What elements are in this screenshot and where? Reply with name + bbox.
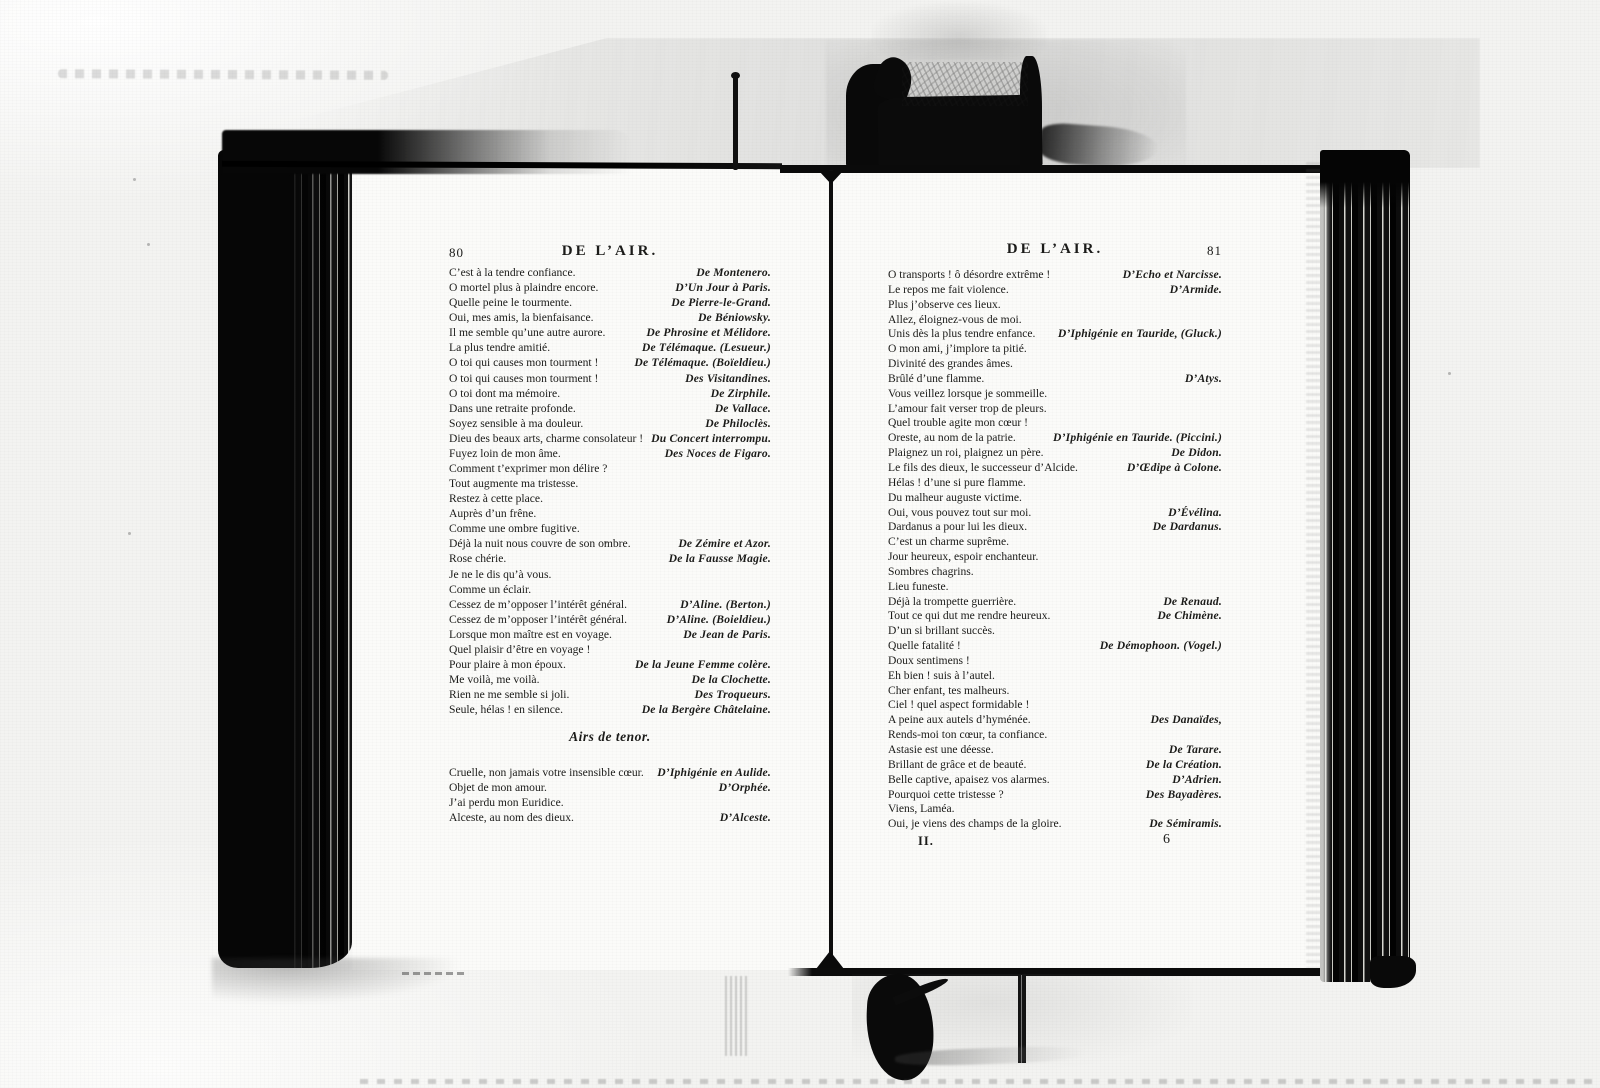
opera-title: De la Jeune Femme colère. xyxy=(627,658,771,671)
air-first-line: Oui, mes amis, la bienfaisance. xyxy=(449,311,594,324)
gutter-edge-line-above xyxy=(733,76,738,170)
opera-title: D’Aline. (Berton.) xyxy=(672,598,771,611)
opera-title: D’Adrien. xyxy=(1164,773,1222,786)
air-first-line: Oui, je viens des champs de la gloire. xyxy=(888,817,1062,830)
opera-title: D’Armide. xyxy=(1162,283,1222,296)
paper-speck xyxy=(133,178,136,181)
air-entry-row: Cher enfant, tes malheurs. xyxy=(888,684,1222,699)
opera-title: Des Troqueurs. xyxy=(687,688,771,701)
air-entry-row: Vous veillez lorsque je sommeille. xyxy=(888,387,1222,402)
air-entry-row: La plus tendre amitié.De Télémaque. (Les… xyxy=(449,341,771,356)
air-entry-row: Quel plaisir d’être en voyage ! xyxy=(449,643,771,658)
air-entry-row: L’amour fait verser trop de pleurs. xyxy=(888,402,1222,417)
opera-title: De Phrosine et Mélidore. xyxy=(638,326,771,339)
air-entry-row: Quelle fatalité !De Démophoon. (Vogel.) xyxy=(888,639,1222,654)
air-first-line: O toi qui causes mon tourment ! xyxy=(449,372,598,385)
air-first-line: Je ne le dis qu’à vous. xyxy=(449,568,551,581)
air-entry-row: Lorsque mon maître est en voyage.De Jean… xyxy=(449,628,771,643)
air-first-line: Oreste, au nom de la patrie. xyxy=(888,431,1016,444)
air-entry-row: Quelle peine le tourmente.De Pierre-le-G… xyxy=(449,296,771,311)
opera-title: De Tarare. xyxy=(1161,743,1222,756)
air-entry-row: O mortel plus à plaindre encore.D’Un Jou… xyxy=(449,281,771,296)
air-first-line: Unis dès la plus tendre enfance. xyxy=(888,327,1035,340)
air-entry-row: Plaignez un roi, plaignez un père.De Did… xyxy=(888,446,1222,461)
opera-title: Des Noces de Figaro. xyxy=(657,447,771,460)
opera-title: De Zirphile. xyxy=(703,387,771,400)
air-entry-row: Du malheur auguste victime. xyxy=(888,491,1222,506)
bottom-right-corner-blob xyxy=(1370,956,1416,988)
air-entry-row: Plus j’observe ces lieux. xyxy=(888,298,1222,313)
opera-title: D’Iphigénie en Tauride, (Gluck.) xyxy=(1050,327,1222,340)
air-entry-row: Viens, Laméa. xyxy=(888,802,1222,817)
air-first-line: O toi qui causes mon tourment ! xyxy=(449,356,598,369)
air-first-line: Dardanus a pour lui les dieux. xyxy=(888,520,1027,533)
air-first-line: Objet de mon amour. xyxy=(449,781,547,794)
air-first-line: O mon ami, j’implore ta pitié. xyxy=(888,342,1027,355)
air-entry-row: J’ai perdu mon Euridice. xyxy=(449,796,771,811)
air-entry-row: Oreste, au nom de la patrie.D’Iphigénie … xyxy=(888,431,1222,446)
air-first-line: Doux sentimens ! xyxy=(888,654,970,667)
air-entry-row: Unis dès la plus tendre enfance.D’Iphigé… xyxy=(888,327,1222,342)
air-first-line: Plus j’observe ces lieux. xyxy=(888,298,1001,311)
air-entry-row: Divinité des grandes âmes. xyxy=(888,357,1222,372)
air-first-line: Jour heureux, espoir enchanteur. xyxy=(888,550,1038,563)
air-first-line: O transports ! ô désordre extrême ! xyxy=(888,268,1050,281)
air-first-line: Divinité des grandes âmes. xyxy=(888,357,1013,370)
opera-title: De Renaud. xyxy=(1155,595,1222,608)
opera-title: De Sémiramis. xyxy=(1141,817,1222,830)
air-entry-row: Seule, hélas ! en silence.De la Bergère … xyxy=(449,703,771,718)
air-first-line: Plaignez un roi, plaignez un père. xyxy=(888,446,1044,459)
opera-title: D’Un Jour à Paris. xyxy=(667,281,771,294)
air-entry-row: Oui, je viens des champs de la gloire.De… xyxy=(888,817,1222,832)
air-first-line: Comme un éclair. xyxy=(449,583,531,596)
air-entry-row: D’un si brillant succès. xyxy=(888,624,1222,639)
air-entry-row: O transports ! ô désordre extrême !D’Ech… xyxy=(888,268,1222,283)
air-entry-row: Belle captive, apaisez vos alarmes.D’Adr… xyxy=(888,773,1222,788)
air-first-line: Déjà la nuit nous couvre de son ombre. xyxy=(449,537,631,550)
air-entry-row: Tout ce qui dut me rendre heureux.De Chi… xyxy=(888,609,1222,624)
air-entry-row: C’est à la tendre confiance.De Montenero… xyxy=(449,266,771,281)
air-first-line: Lorsque mon maître est en voyage. xyxy=(449,628,612,641)
air-entry-row: Quel trouble agite mon cœur ! xyxy=(888,416,1222,431)
air-entry-row: C’est un charme suprême. xyxy=(888,535,1222,550)
air-entry-row: Déjà la trompette guerrière.De Renaud. xyxy=(888,595,1222,610)
air-entry-row: Me voilà, me voilà.De la Clochette. xyxy=(449,673,771,688)
air-first-line: Me voilà, me voilà. xyxy=(449,673,539,686)
opera-title: D’Évélina. xyxy=(1160,506,1222,519)
air-entry-row: Tout augmente ma tristesse. xyxy=(449,477,771,492)
air-first-line: Allez, éloignez-vous de moi. xyxy=(888,313,1022,326)
air-first-line: Cessez de m’opposer l’intérêt général. xyxy=(449,613,627,626)
air-first-line: C’est à la tendre confiance. xyxy=(449,266,576,279)
air-entry-row: Alceste, au nom des dieux.D’Alceste. xyxy=(449,811,771,826)
air-entry-row: Déjà la nuit nous couvre de son ombre.De… xyxy=(449,537,771,552)
air-entry-row: Allez, éloignez-vous de moi. xyxy=(888,313,1222,328)
air-first-line: Viens, Laméa. xyxy=(888,802,955,815)
right-page-entries: O transports ! ô désordre extrême !D’Ech… xyxy=(888,268,1222,832)
left-band-shadow xyxy=(212,958,462,1004)
air-first-line: Rends-moi ton cœur, ta confiance. xyxy=(888,728,1047,741)
signature-mark: II. xyxy=(918,834,934,849)
air-first-line: Cessez de m’opposer l’intérêt général. xyxy=(449,598,627,611)
air-first-line: Lieu funeste. xyxy=(888,580,949,593)
air-entry-row: O toi qui causes mon tourment !De Téléma… xyxy=(449,356,771,371)
opera-title: De Jean de Paris. xyxy=(675,628,771,641)
opera-title: De la Fausse Magie. xyxy=(661,552,771,565)
air-first-line: Sombres chagrins. xyxy=(888,565,974,578)
paper-speck xyxy=(1448,372,1451,375)
paper-speck xyxy=(128,532,131,535)
gutter-line xyxy=(829,170,833,971)
air-entry-row: Doux sentimens ! xyxy=(888,654,1222,669)
air-entry-row: Pourquoi cette tristesse ?Des Bayadères. xyxy=(888,788,1222,803)
air-entry-row: Sombres chagrins. xyxy=(888,565,1222,580)
ink-blob-speckle xyxy=(902,62,1028,106)
opera-title: De la Création. xyxy=(1138,758,1222,771)
air-first-line: Il me semble qu’une autre aurore. xyxy=(449,326,605,339)
air-first-line: Oui, vous pouvez tout sur moi. xyxy=(888,506,1031,519)
air-entry-row: Ciel ! quel aspect formidable ! xyxy=(888,698,1222,713)
air-first-line: Comment t’exprimer mon délire ? xyxy=(449,462,607,475)
bottom-left-streaks xyxy=(725,976,747,1056)
air-entry-row: O toi dont ma mémoire.De Zirphile. xyxy=(449,387,771,402)
air-first-line: Auprès d’un frêne. xyxy=(449,507,536,520)
paper-speck xyxy=(147,243,150,246)
air-entry-row: Il me semble qu’une autre aurore.De Phro… xyxy=(449,326,771,341)
air-first-line: A peine aux autels d’hyménée. xyxy=(888,713,1031,726)
air-entry-row: Rends-moi ton cœur, ta confiance. xyxy=(888,728,1222,743)
air-entry-row: Cessez de m’opposer l’intérêt général.D’… xyxy=(449,598,771,613)
opera-title: D’Iphigénie en Tauride. (Piccini.) xyxy=(1045,431,1222,444)
air-first-line: Seule, hélas ! en silence. xyxy=(449,703,563,716)
right-page-header: DE L’AIR. 81 xyxy=(888,241,1222,261)
air-entry-row: Comme une ombre fugitive. xyxy=(449,522,771,537)
air-entry-row: Cruelle, non jamais votre insensible cœu… xyxy=(449,766,771,781)
opera-title: De Montenero. xyxy=(688,266,771,279)
right-page-edge-band xyxy=(1320,150,1410,982)
opera-title: D’Echo et Narcisse. xyxy=(1115,268,1222,281)
air-first-line: Quel trouble agite mon cœur ! xyxy=(888,416,1028,429)
air-first-line: Rose chérie. xyxy=(449,552,506,565)
opera-title: De la Bergère Châtelaine. xyxy=(634,703,771,716)
opera-title: D’Œdipe à Colone. xyxy=(1119,461,1222,474)
opera-title: De Béniowsky. xyxy=(690,311,771,324)
opera-title: D’Aline. (Boieldieu.) xyxy=(659,613,771,626)
opera-title: De la Clochette. xyxy=(683,673,771,686)
air-first-line: Cruelle, non jamais votre insensible cœu… xyxy=(449,766,644,779)
left-page-number: 80 xyxy=(449,245,464,261)
air-entry-row: Astasie est une déesse.De Tarare. xyxy=(888,743,1222,758)
air-entry-row: Je ne le dis qu’à vous. xyxy=(449,568,771,583)
scan-dash-streak xyxy=(58,69,388,80)
opera-title: De Télémaque. (Boïeldieu.) xyxy=(626,356,771,369)
air-first-line: L’amour fait verser trop de pleurs. xyxy=(888,402,1047,415)
air-entry-row: Le fils des dieux, le successeur d’Alcid… xyxy=(888,461,1222,476)
air-first-line: Brillant de grâce et de beauté. xyxy=(888,758,1026,771)
air-entry-row: Rien ne me semble si joli.Des Troqueurs. xyxy=(449,688,771,703)
air-first-line: Pourquoi cette tristesse ? xyxy=(888,788,1004,801)
air-entry-row: Dardanus a pour lui les dieux.De Dardanu… xyxy=(888,520,1222,535)
air-entry-row: Lieu funeste. xyxy=(888,580,1222,595)
air-first-line: Fuyez loin de mon âme. xyxy=(449,447,561,460)
air-first-line: Dans une retraite profonde. xyxy=(449,402,576,415)
air-first-line: Le fils des dieux, le successeur d’Alcid… xyxy=(888,461,1078,474)
left-page-header: 80 DE L’AIR. xyxy=(449,243,771,263)
right-running-header: DE L’AIR. xyxy=(888,241,1222,258)
sheet-number: 6 xyxy=(1163,832,1170,848)
air-first-line: Eh bien ! suis à l’autel. xyxy=(888,669,995,682)
opera-title: Des Danaïdes, xyxy=(1142,713,1222,726)
air-first-line: O toi dont ma mémoire. xyxy=(449,387,560,400)
opera-title: De Télémaque. (Lesueur.) xyxy=(634,341,771,354)
air-first-line: J’ai perdu mon Euridice. xyxy=(449,796,564,809)
air-first-line: Tout augmente ma tristesse. xyxy=(449,477,578,490)
opera-title: D’Orphée. xyxy=(711,781,771,794)
left-page-tenor-entries: Cruelle, non jamais votre insensible cœu… xyxy=(449,766,771,826)
opera-title: D’Iphigénie en Aulide. xyxy=(649,766,771,779)
air-first-line: Pour plaire à mon époux. xyxy=(449,658,566,671)
air-entry-row: Restez à cette place. xyxy=(449,492,771,507)
air-entry-row: Comment t’exprimer mon délire ? xyxy=(449,462,771,477)
air-entry-row: Eh bien ! suis à l’autel. xyxy=(888,669,1222,684)
air-first-line: D’un si brillant succès. xyxy=(888,624,995,637)
air-first-line: Dieu des beaux arts, charme consolateur … xyxy=(449,432,643,445)
opera-title: De Démophoon. (Vogel.) xyxy=(1092,639,1222,652)
section-header-airs-de-tenor: Airs de tenor. xyxy=(449,729,771,745)
opera-title: Des Visitandines. xyxy=(677,372,771,385)
air-first-line: Restez à cette place. xyxy=(449,492,543,505)
air-entry-row: Objet de mon amour.D’Orphée. xyxy=(449,781,771,796)
air-first-line: Alceste, au nom des dieux. xyxy=(449,811,574,824)
air-entry-row: Le repos me fait violence.D’Armide. xyxy=(888,283,1222,298)
air-entry-row: Auprès d’un frêne. xyxy=(449,507,771,522)
left-page-edge-band xyxy=(218,150,352,968)
opera-title: De Chimène. xyxy=(1149,609,1222,622)
air-first-line: Brûlé d’une flamme. xyxy=(888,372,984,385)
air-first-line: Comme une ombre fugitive. xyxy=(449,522,580,535)
book-scan-canvas: 80 DE L’AIR. C’est à la tendre confiance… xyxy=(0,0,1600,1088)
air-entry-row: Brillant de grâce et de beauté.De la Cré… xyxy=(888,758,1222,773)
scan-bottom-edge-strip xyxy=(360,1079,1600,1084)
air-entry-row: O mon ami, j’implore ta pitié. xyxy=(888,342,1222,357)
left-running-header: DE L’AIR. xyxy=(449,243,771,260)
opera-title: Des Bayadères. xyxy=(1138,788,1222,801)
gutter-bottom-flare xyxy=(816,951,844,969)
air-first-line: La plus tendre amitié. xyxy=(449,341,550,354)
air-entry-row: Hélas ! d’une si pure flamme. xyxy=(888,476,1222,491)
air-entry-row: Comme un éclair. xyxy=(449,583,771,598)
air-entry-row: Soyez sensible à ma douleur.De Philoclès… xyxy=(449,417,771,432)
opera-title: D’Alceste. xyxy=(712,811,771,824)
opera-title: De Philoclès. xyxy=(697,417,771,430)
left-page-entries: C’est à la tendre confiance.De Montenero… xyxy=(449,266,771,718)
air-entry-row: Dans une retraite profonde.De Vallace. xyxy=(449,402,771,417)
air-first-line: Cher enfant, tes malheurs. xyxy=(888,684,1009,697)
left-page-bottom-trace xyxy=(402,972,464,975)
air-first-line: O mortel plus à plaindre encore. xyxy=(449,281,598,294)
air-first-line: C’est un charme suprême. xyxy=(888,535,1009,548)
air-first-line: Quel plaisir d’être en voyage ! xyxy=(449,643,590,656)
air-entry-row: Brûlé d’une flamme.D’Atys. xyxy=(888,372,1222,387)
air-first-line: Du malheur auguste victime. xyxy=(888,491,1022,504)
opera-title: De Vallace. xyxy=(707,402,771,415)
air-entry-row: Fuyez loin de mon âme.Des Noces de Figar… xyxy=(449,447,771,462)
air-entry-row: Cessez de m’opposer l’intérêt général.D’… xyxy=(449,613,771,628)
opera-title: D’Atys. xyxy=(1177,372,1222,385)
air-first-line: Soyez sensible à ma douleur. xyxy=(449,417,583,430)
air-first-line: Le repos me fait violence. xyxy=(888,283,1009,296)
opera-title: De Dardanus. xyxy=(1145,520,1222,533)
air-entry-row: Oui, mes amis, la bienfaisance.De Béniow… xyxy=(449,311,771,326)
air-first-line: Hélas ! d’une si pure flamme. xyxy=(888,476,1026,489)
air-first-line: Belle captive, apaisez vos alarmes. xyxy=(888,773,1050,786)
air-first-line: Quelle fatalité ! xyxy=(888,639,961,652)
air-entry-row: Rose chérie.De la Fausse Magie. xyxy=(449,552,771,567)
opera-title: Du Concert interrompu. xyxy=(643,432,771,445)
air-first-line: Quelle peine le tourmente. xyxy=(449,296,572,309)
air-first-line: Déjà la trompette guerrière. xyxy=(888,595,1016,608)
air-entry-row: Pour plaire à mon époux.De la Jeune Femm… xyxy=(449,658,771,673)
air-entry-row: Oui, vous pouvez tout sur moi.D’Évélina. xyxy=(888,506,1222,521)
gutter-top-flare xyxy=(819,171,843,184)
air-first-line: Rien ne me semble si joli. xyxy=(449,688,569,701)
air-first-line: Ciel ! quel aspect formidable ! xyxy=(888,698,1029,711)
opera-title: De Pierre-le-Grand. xyxy=(663,296,771,309)
right-page-number: 81 xyxy=(1207,243,1222,259)
air-first-line: Astasie est une déesse. xyxy=(888,743,994,756)
opera-title: De Zémire et Azor. xyxy=(670,537,771,550)
air-entry-row: Dieu des beaux arts, charme consolateur … xyxy=(449,432,771,447)
air-entry-row: A peine aux autels d’hyménée.Des Danaïde… xyxy=(888,713,1222,728)
air-first-line: Vous veillez lorsque je sommeille. xyxy=(888,387,1047,400)
air-first-line: Tout ce qui dut me rendre heureux. xyxy=(888,609,1050,622)
air-entry-row: O toi qui causes mon tourment !Des Visit… xyxy=(449,372,771,387)
air-entry-row: Jour heureux, espoir enchanteur. xyxy=(888,550,1222,565)
opera-title: De Didon. xyxy=(1163,446,1222,459)
